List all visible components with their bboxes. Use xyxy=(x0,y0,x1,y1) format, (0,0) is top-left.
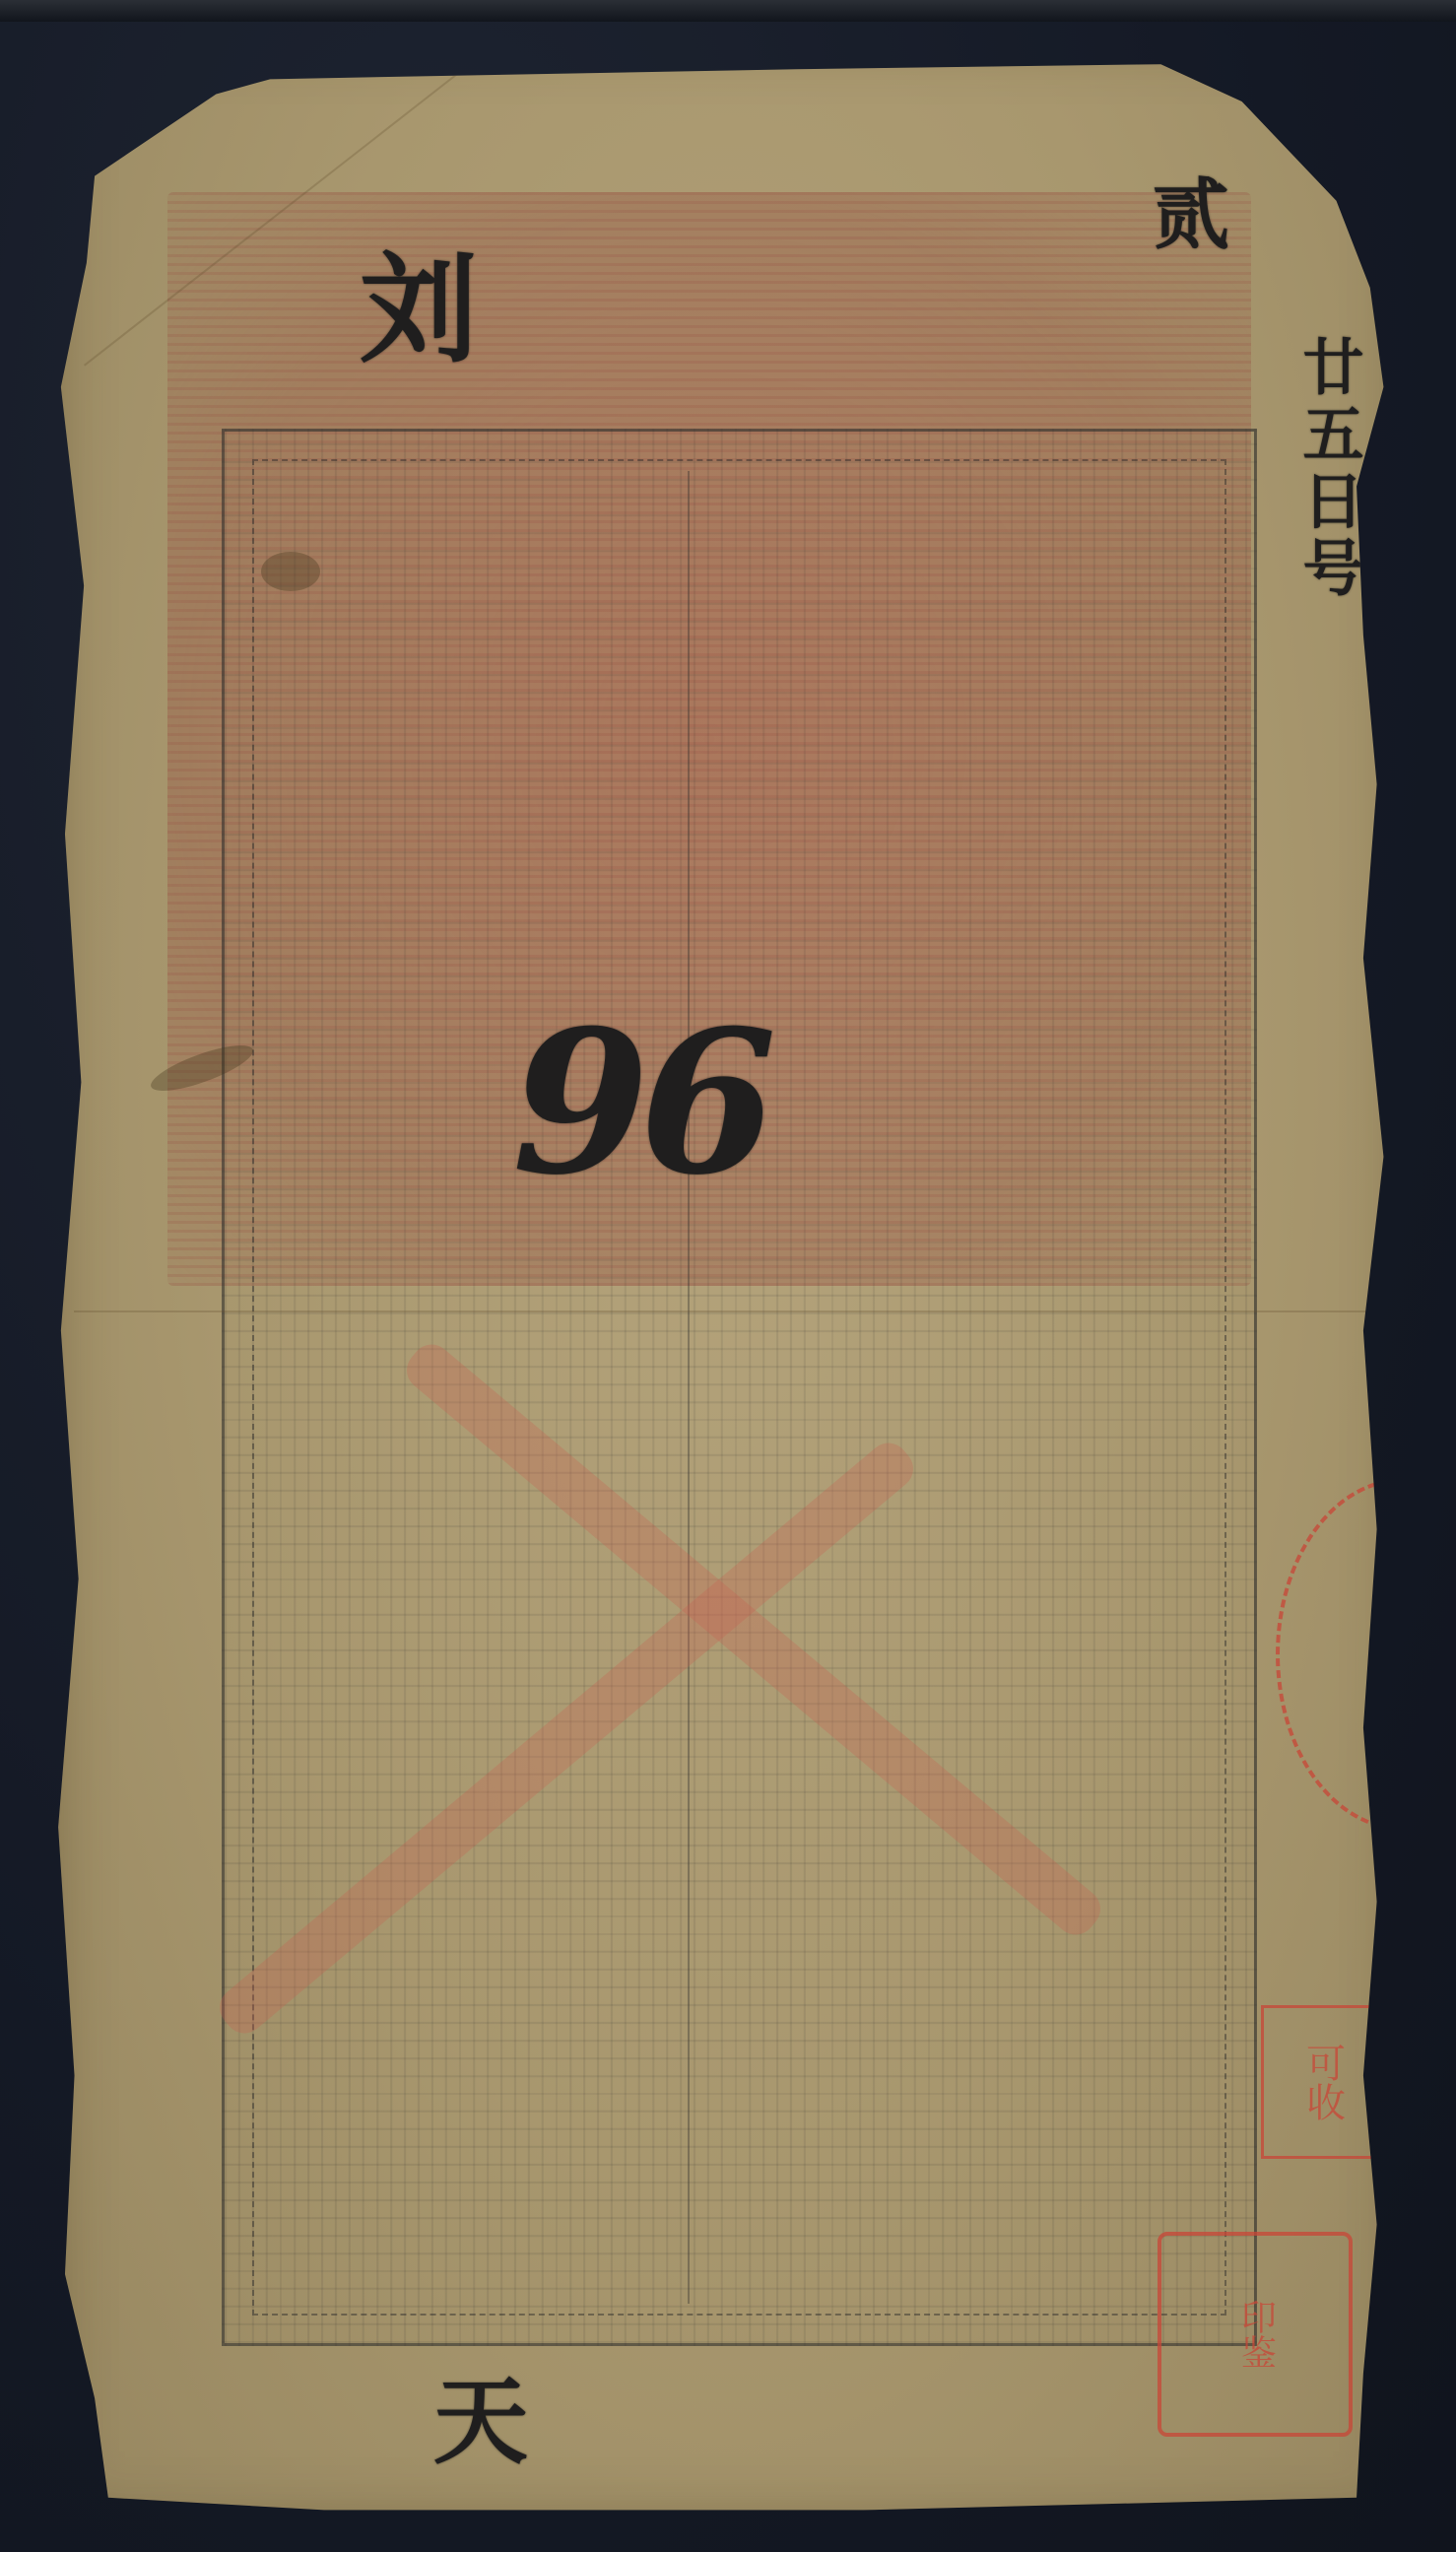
square-red-seal: 印鉴 xyxy=(1158,2232,1353,2437)
square-seal-legend: 印鉴 xyxy=(1232,2299,1279,2370)
frame-panel-divider xyxy=(688,471,690,2304)
handwritten-top-right-character: 贰 xyxy=(1153,177,1229,254)
printed-intaglio-frame xyxy=(222,429,1257,2346)
banknote-paper: 刘 贰 廿五日号 96 天 印 可收 印鉴 xyxy=(54,39,1404,2522)
frame-inner-border xyxy=(252,459,1226,2316)
frame-top-rail xyxy=(0,0,1456,24)
ink-stain xyxy=(261,552,320,591)
rect-seal-legend: 可收 xyxy=(1295,2043,1352,2121)
handwritten-bottom-character: 天 xyxy=(433,2375,528,2469)
handwritten-top-left-character: 刘 xyxy=(360,251,478,369)
handwritten-center-mark: 96 xyxy=(512,1005,766,1202)
horizontal-fold-crease xyxy=(74,1310,1384,1312)
handwritten-right-margin-inscription: 廿五日号 xyxy=(1297,335,1358,603)
